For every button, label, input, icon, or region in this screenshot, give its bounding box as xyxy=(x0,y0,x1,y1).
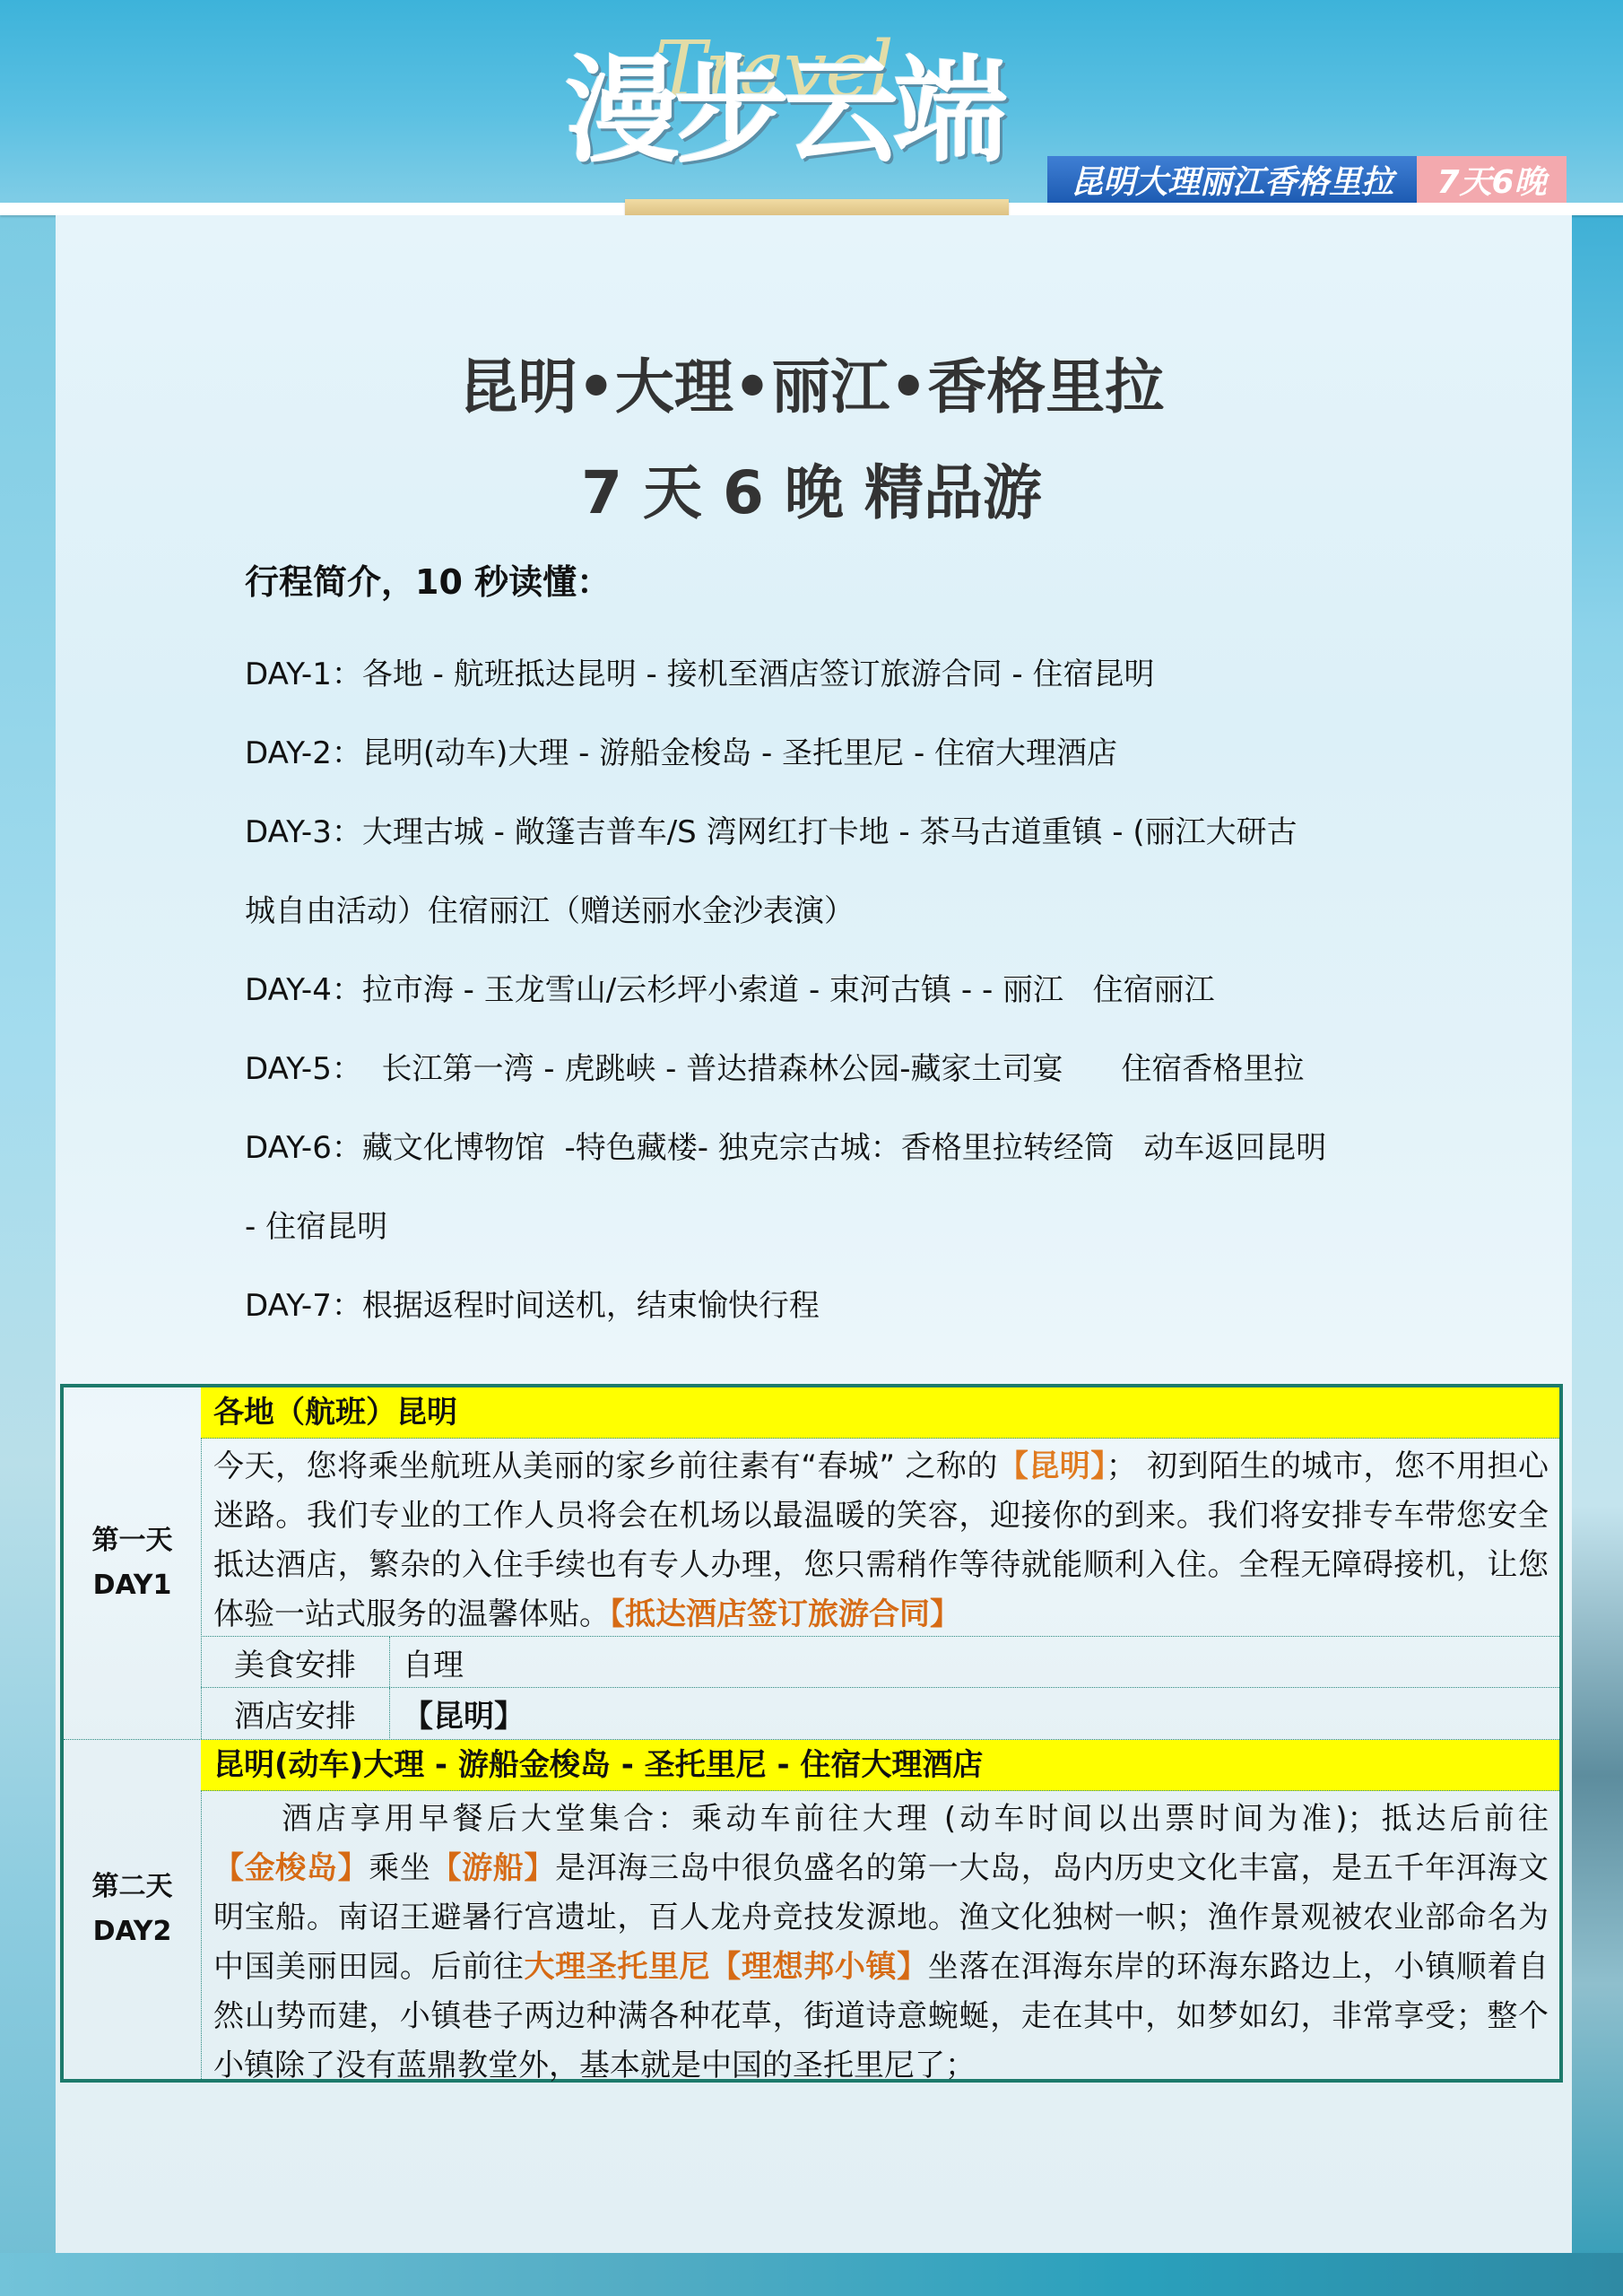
highlight-text: 【游船】 xyxy=(431,1850,556,1886)
hotel-label: 酒店安排 xyxy=(201,1688,390,1738)
day-label-cn: 第二天 xyxy=(92,1865,173,1909)
itinerary-line: 城自由活动）住宿丽江（赠送丽水金沙表演） xyxy=(245,872,1446,951)
day-row-1: 第一天 DAY1 各地（航班）昆明 今天，您将乘坐航班从美丽的家乡前往素有“春城… xyxy=(64,1387,1559,1739)
itinerary-line: DAY-4：拉市海 - 玉龙雪山/云杉坪小索道 - 束河古镇 - - 丽江 住宿… xyxy=(245,951,1446,1030)
day-row-2: 第二天 DAY2 昆明(动车)大理 - 游船金梭岛 - 圣托里尼 - 住宿大理酒… xyxy=(64,1740,1559,2079)
day-label-en: DAY2 xyxy=(93,1909,172,1954)
highlight-text: 【抵达酒店签订旅游合同】 xyxy=(610,1596,960,1632)
hotel-value: 【昆明】 xyxy=(390,1692,525,1735)
itinerary-line: DAY-3：大理古城 - 敞篷吉普车/S 湾网红打卡地 - 茶马古道重镇 - (… xyxy=(245,793,1446,872)
meal-label: 美食安排 xyxy=(201,1637,390,1687)
day-label-en: DAY1 xyxy=(93,1563,172,1608)
highlight-text: 【金梭岛】 xyxy=(213,1850,369,1886)
itinerary-summary: DAY-1：各地 - 航班抵达昆明 - 接机至酒店签订旅游合同 - 住宿昆明 D… xyxy=(245,635,1446,1345)
itinerary-line: DAY-7：根据返程时间送机，结束愉快行程 xyxy=(245,1266,1446,1345)
day-heading: 各地（航班）昆明 xyxy=(201,1387,1559,1439)
day-description: 今天，您将乘坐航班从美丽的家乡前往素有“春城” 之称的【昆明】； 初到陌生的城市… xyxy=(201,1439,1559,1636)
day-content: 昆明(动车)大理 - 游船金梭岛 - 圣托里尼 - 住宿大理酒店 酒店享用早餐后… xyxy=(201,1740,1559,2079)
logo-title: 漫步云端 xyxy=(565,54,1002,169)
brand-logo: Travel 漫步云端 xyxy=(556,18,1022,206)
route-tag: 昆明大理丽江香格里拉 xyxy=(1047,156,1417,203)
description-text: 今天，您将乘坐航班从美丽的家乡前往素有“春城” 之称的 xyxy=(213,1448,998,1484)
meal-value: 自理 xyxy=(390,1640,464,1684)
description-text: 酒店享用早餐后大堂集合：乘动车前往大理 (动车时间以出票时间为准)；抵达后前往 xyxy=(213,1801,1549,1837)
day-heading: 昆明(动车)大理 - 游船金梭岛 - 圣托里尼 - 住宿大理酒店 xyxy=(201,1740,1559,1791)
description-text: 乘坐 xyxy=(369,1850,430,1886)
day-label-cn: 第一天 xyxy=(92,1518,173,1563)
duration-tag: 7天6晚 xyxy=(1417,156,1567,203)
day-label-cell: 第二天 DAY2 xyxy=(64,1740,202,2079)
page-title: 昆明•大理•丽江•香格里拉 xyxy=(0,352,1623,423)
itinerary-line: DAY-5： 长江第一湾 - 虎跳峡 - 普达措森林公园-藏家土司宴 住宿香格里… xyxy=(245,1030,1446,1109)
meal-row: 美食安排 自理 xyxy=(201,1636,1559,1687)
hotel-row: 酒店安排 【昆明】 xyxy=(201,1687,1559,1738)
highlight-text: 大理圣托里尼【理想邦小镇】 xyxy=(524,1949,927,1985)
page-subtitle: 7 天 6 晚 精品游 xyxy=(0,457,1623,529)
itinerary-line: DAY-2：昆明(动车)大理 - 游船金梭岛 - 圣托里尼 - 住宿大理酒店 xyxy=(245,714,1446,793)
itinerary-line: - 住宿昆明 xyxy=(245,1187,1446,1266)
intro-heading: 行程简介，10 秒读懂： xyxy=(245,554,611,604)
day-description: 酒店享用早餐后大堂集合：乘动车前往大理 (动车时间以出票时间为准)；抵达后前往【… xyxy=(201,1791,1559,2094)
itinerary-line: DAY-6：藏文化博物馆 -特色藏楼- 独克宗古城：香格里拉转经筒 动车返回昆明 xyxy=(245,1109,1446,1187)
day-label-cell: 第一天 DAY1 xyxy=(64,1387,202,1739)
highlight-text: 【昆明】 xyxy=(998,1448,1107,1484)
background-bottom-border xyxy=(0,2253,1623,2296)
itinerary-line: DAY-1：各地 - 航班抵达昆明 - 接机至酒店签订旅游合同 - 住宿昆明 xyxy=(245,635,1446,714)
day-content: 各地（航班）昆明 今天，您将乘坐航班从美丽的家乡前往素有“春城” 之称的【昆明】… xyxy=(201,1387,1559,1739)
itinerary-table: 第一天 DAY1 各地（航班）昆明 今天，您将乘坐航班从美丽的家乡前往素有“春城… xyxy=(60,1384,1563,2083)
